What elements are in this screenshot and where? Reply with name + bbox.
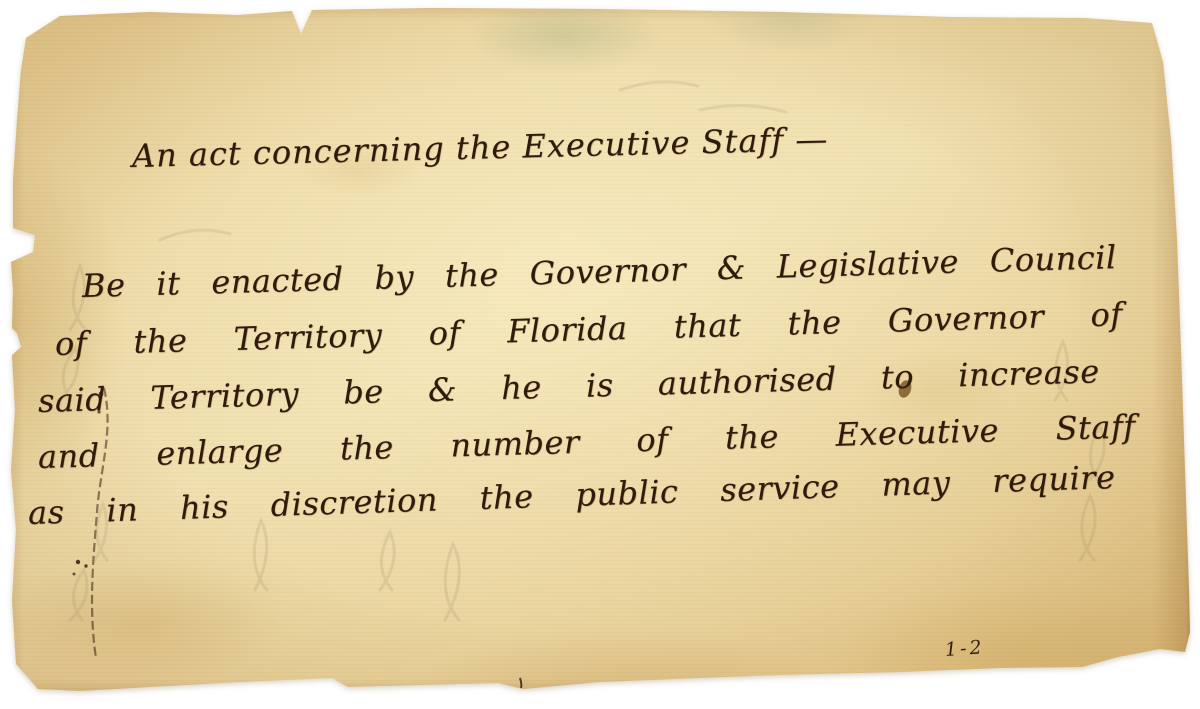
manuscript-paper-sheet: An act concerning the Executive Staff — …: [0, 0, 1200, 709]
page-notation: 1-2: [944, 627, 986, 670]
body-line-1: Be it enacted by the Governor & Legislat…: [81, 237, 1117, 306]
scanned-document: An act concerning the Executive Staff — …: [0, 0, 1200, 709]
body-line-2: of the Territory of Florida that the Gov…: [54, 294, 1123, 364]
paper-shadow-wrap: An act concerning the Executive Staff — …: [0, 0, 1200, 709]
document-title: An act concerning the Executive Staff —: [132, 119, 829, 176]
body-line-3: said Territory be & he is authorised to …: [37, 351, 1100, 421]
